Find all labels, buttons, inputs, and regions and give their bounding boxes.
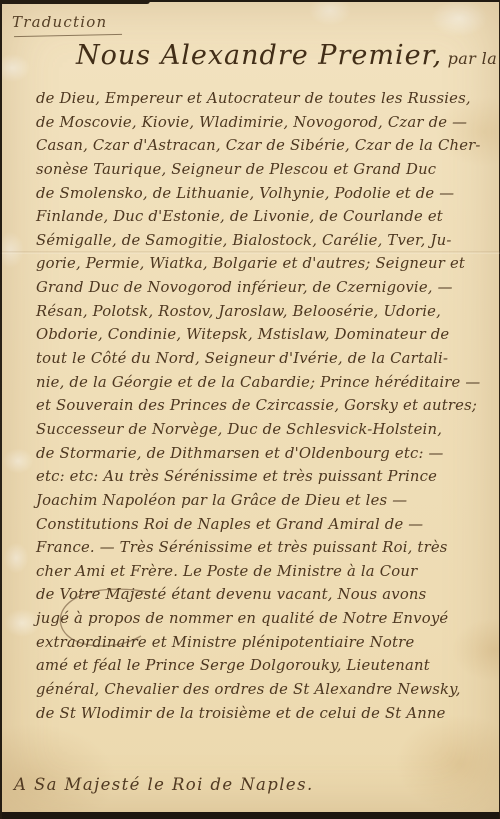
manuscript-line: Successeur de Norvège, Duc de Schlesvick… [36, 418, 482, 442]
manuscript-line: de Dieu, Empereur et Autocrateur de tout… [36, 87, 482, 111]
manuscript-line: nie, de la Géorgie et de la Cabardie; Pr… [36, 371, 482, 395]
manuscript-line: Sémigalle, de Samogitie, Bialostock, Car… [36, 229, 482, 253]
manuscript-line: cher Ami et Frère. Le Poste de Ministre … [36, 560, 482, 584]
manuscript-line: gorie, Permie, Wiatka, Bolgarie et d'aut… [36, 252, 482, 276]
document-heading: Nous Alexandre Premier, par la Grâce [76, 40, 500, 71]
manuscript-line: de Stormarie, de Dithmarsen et d'Oldenbo… [36, 442, 482, 466]
manuscript-line: Résan, Polotsk, Rostov, Jaroslaw, Beloos… [36, 300, 482, 324]
manuscript-line: France. — Très Sérénissime et très puiss… [36, 536, 482, 560]
manuscript-line: etc: etc: Au très Sérénissime et très pu… [36, 465, 482, 489]
manuscript-line: Finlande, Duc d'Estonie, de Livonie, de … [36, 205, 482, 229]
heading-main-text: Nous Alexandre Premier, [76, 40, 442, 71]
manuscript-line: Casan, Czar d'Astracan, Czar de Sibérie,… [36, 134, 482, 158]
scan-edge-left [0, 0, 2, 819]
annotation-traduction: Traduction [12, 13, 107, 31]
manuscript-line: de Votre Majesté étant devenu vacant, No… [36, 583, 482, 607]
scan-edge-bottom [0, 812, 500, 819]
manuscript-line: Constitutions Roi de Naples et Grand Ami… [36, 513, 482, 537]
manuscript-body: de Dieu, Empereur et Autocrateur de tout… [36, 87, 482, 725]
manuscript-line: Grand Duc de Novogorod inférieur, de Cze… [36, 276, 482, 300]
manuscript-line: sonèse Taurique, Seigneur de Plescou et … [36, 158, 482, 182]
manuscript-line: amé et féal le Prince Serge Dolgorouky, … [36, 654, 482, 678]
manuscript-page: { "document": { "annotation": "Traductio… [0, 0, 500, 819]
manuscript-line: et Souverain des Princes de Czircassie, … [36, 394, 482, 418]
manuscript-line: de St Wlodimir de la troisième et de cel… [36, 702, 482, 726]
manuscript-line: Obdorie, Condinie, Witepsk, Mstislaw, Do… [36, 323, 482, 347]
manuscript-line: général, Chevalier des ordres de St Alex… [36, 678, 482, 702]
manuscript-line: de Moscovie, Kiovie, Wladimirie, Novogor… [36, 111, 482, 135]
address-line: A Sa Majesté le Roi de Naples. [14, 775, 314, 794]
scan-edge-top-left [0, 0, 150, 4]
manuscript-line: jugé à propos de nommer en qualité de No… [36, 607, 482, 631]
manuscript-line: de Smolensko, de Lithuanie, Volhynie, Po… [36, 182, 482, 206]
manuscript-line: tout le Côté du Nord, Seigneur d'Ivérie,… [36, 347, 482, 371]
heading-tail-text: par la Grâce [442, 49, 500, 68]
manuscript-line: Joachim Napoléon par la Grâce de Dieu et… [36, 489, 482, 513]
manuscript-line: extraordinaire et Ministre plénipotentia… [36, 631, 482, 655]
